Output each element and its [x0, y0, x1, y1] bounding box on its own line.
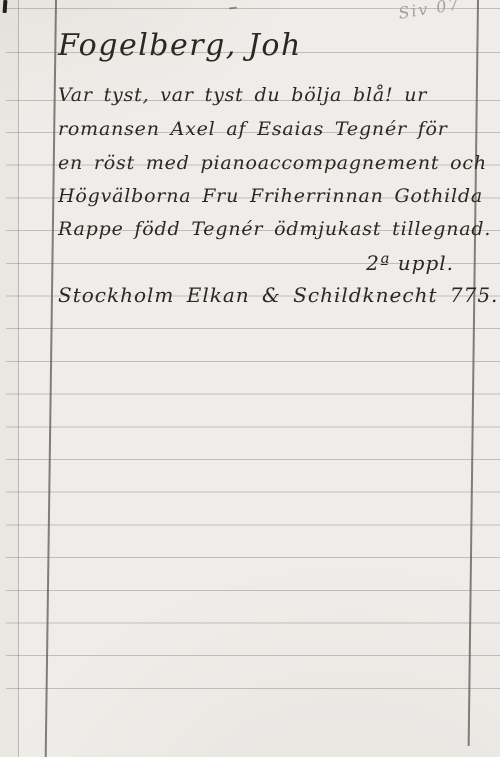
- pencil-shelfmark-note: Siv 07: [397, 0, 462, 23]
- entry-line: Högvälborna Fru Friherrinnan Gothilda: [58, 185, 483, 207]
- imprint-line: Stockholm Elkan & Schildknecht 775.: [58, 283, 498, 307]
- edition-note: 2ª uppl.: [366, 251, 454, 275]
- left-edge-line: [18, 0, 19, 757]
- entry-line: romansen Axel af Esaias Tegnér för: [58, 118, 448, 140]
- entry-heading: Fogelberg, Joh: [58, 28, 302, 63]
- entry-line: Rappe född Tegnér ödmjukast tillegnad.: [58, 218, 491, 240]
- entry-line: en röst med pianoaccompagnement och: [58, 152, 487, 174]
- entry-line: Var tyst, var tyst du bölja blå! ur: [58, 84, 427, 106]
